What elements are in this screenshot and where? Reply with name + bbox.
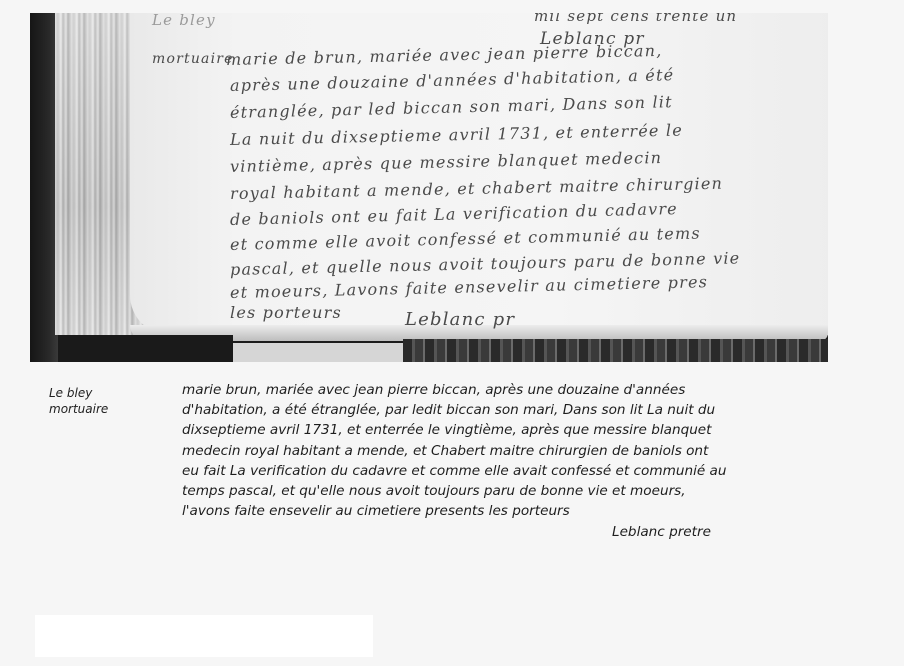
photo-bottom-band-right (403, 339, 828, 362)
handwritten-line: les porteurs (230, 303, 342, 322)
handwritten-footer-signature: Leblanc pr (405, 309, 515, 330)
transcription-line: dixseptieme avril 1731, et enterrée le v… (182, 420, 842, 440)
transcription-body: marie brun, mariée avec jean pierre bicc… (182, 380, 842, 521)
manuscript-photo: Le bley mil sept cens trente un Leblanc … (30, 13, 836, 362)
transcription-line: d'habitation, a été étranglée, par ledit… (182, 400, 842, 420)
photo-bottom-band-middle (233, 343, 403, 362)
margin-note-line: mortuaire (49, 401, 108, 417)
transcription-line: medecin royal habitant a mende, et Chabe… (182, 441, 842, 461)
handwritten-header-line: mil sept cens trente un (534, 13, 737, 25)
transcription-margin-note: Le bley mortuaire (49, 385, 108, 417)
transcription-signature: Leblanc pretre (612, 524, 711, 540)
transcription-line: eu fait La verification du cadavre et co… (182, 461, 842, 481)
blank-white-area (35, 615, 373, 657)
transcription-line: l'avons faite ensevelir au cimetiere pre… (182, 501, 842, 521)
photo-right-margin (828, 13, 836, 362)
photo-bottom-band-left (58, 335, 233, 362)
handwritten-margin-note-bottom: mortuaire (152, 51, 234, 67)
handwritten-margin-note-top: Le bley (152, 13, 216, 29)
transcription-line: marie brun, mariée avec jean pierre bicc… (182, 380, 842, 400)
margin-note-line: Le bley (49, 385, 108, 401)
book-binding-edge (30, 13, 58, 362)
transcription-line: temps pascal, et qu'elle nous avoit touj… (182, 481, 842, 501)
